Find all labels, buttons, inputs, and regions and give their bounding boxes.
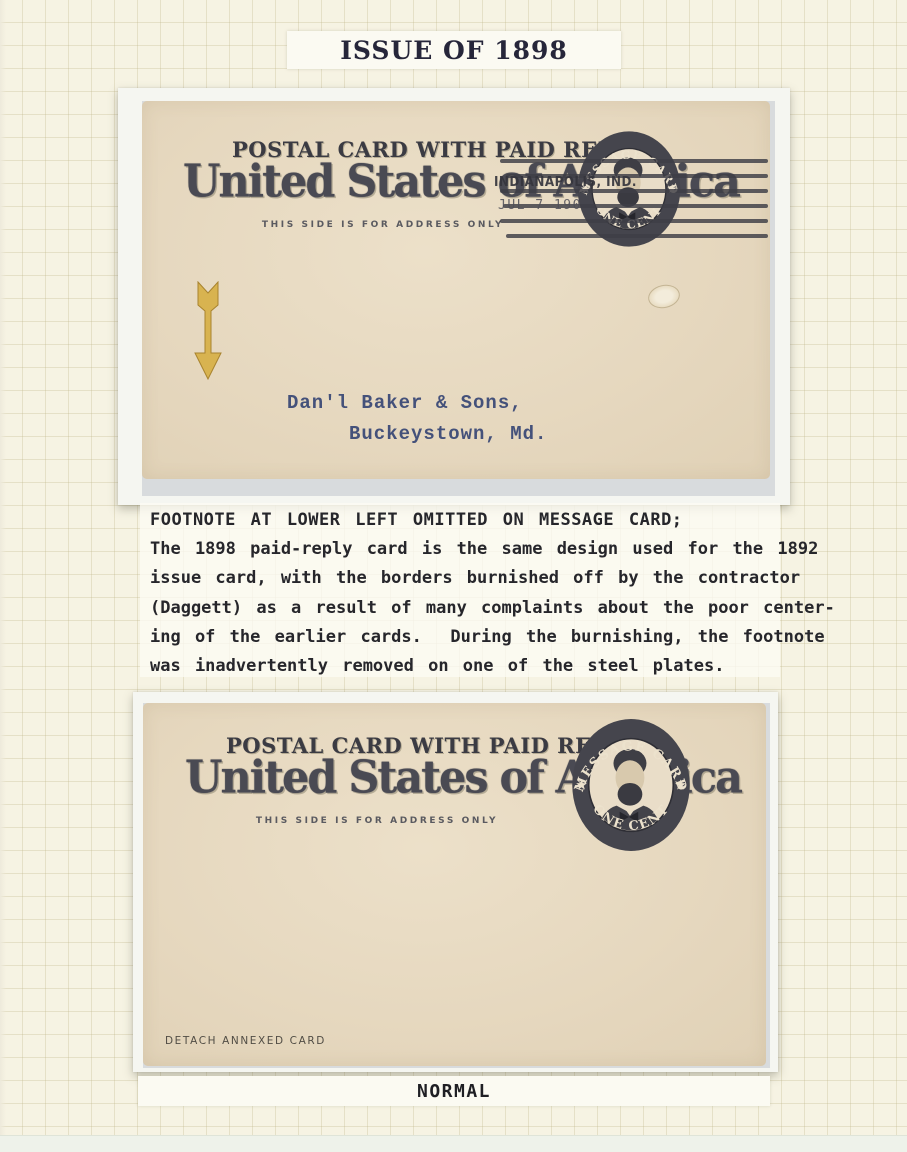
- page-edge: [0, 0, 6, 1152]
- footnote-line: The 1898 paid-reply card is the same des…: [150, 535, 790, 564]
- address-line-2: Buckeystown, Md.: [349, 423, 547, 445]
- side-note: THIS SIDE IS FOR ADDRESS ONLY: [232, 220, 534, 230]
- postmark-date: JUL 7 190: [498, 198, 582, 213]
- postmark-city: INDIANAPOLIS, IND.: [494, 175, 637, 190]
- footnote-line: was inadvertently removed on one of the …: [150, 652, 790, 681]
- page-title-label: ISSUE OF 1898: [287, 31, 621, 69]
- stamp-oval: MESSAGE CARD ONE CENT: [564, 717, 698, 853]
- page-edge-bottom: [0, 1135, 907, 1152]
- country-line: United States of America: [185, 752, 565, 804]
- arrow-icon: [194, 281, 222, 397]
- bottom-caption-label: NORMAL: [138, 1076, 770, 1106]
- stamp-indicium: MESSAGE CARD ONE CENT: [564, 717, 698, 853]
- bottom-caption: NORMAL: [417, 1081, 491, 1102]
- paper-blemish: [646, 282, 682, 311]
- footnote-heading: FOOTNOTE AT LOWER LEFT OMITTED ON MESSAG…: [150, 506, 790, 535]
- photo-normal-card: POSTAL CARD WITH PAID REPLY United State…: [133, 692, 778, 1072]
- footnote-block: FOOTNOTE AT LOWER LEFT OMITTED ON MESSAG…: [150, 506, 790, 681]
- address-line-1: Dan'l Baker & Sons,: [287, 392, 523, 414]
- footnote-line: (Daggett) as a result of many complaints…: [150, 594, 790, 623]
- postal-card-used: POSTAL CARD WITH PAID REPLY United State…: [142, 101, 770, 479]
- side-note: THIS SIDE IS FOR ADDRESS ONLY: [226, 816, 528, 826]
- detach-footnote: DETACH ANNEXED CARD FOR ANSWER.: [165, 1001, 326, 1129]
- footnote-line: ing of the earlier cards. During the bur…: [150, 623, 790, 652]
- postal-card-normal: POSTAL CARD WITH PAID REPLY United State…: [143, 703, 766, 1066]
- detach-line-1: DETACH ANNEXED CARD: [165, 1033, 326, 1049]
- photo-used-card: POSTAL CARD WITH PAID REPLY United State…: [118, 88, 790, 505]
- page-title: ISSUE OF 1898: [340, 36, 568, 65]
- footnote-line: issue card, with the borders burnished o…: [150, 564, 790, 593]
